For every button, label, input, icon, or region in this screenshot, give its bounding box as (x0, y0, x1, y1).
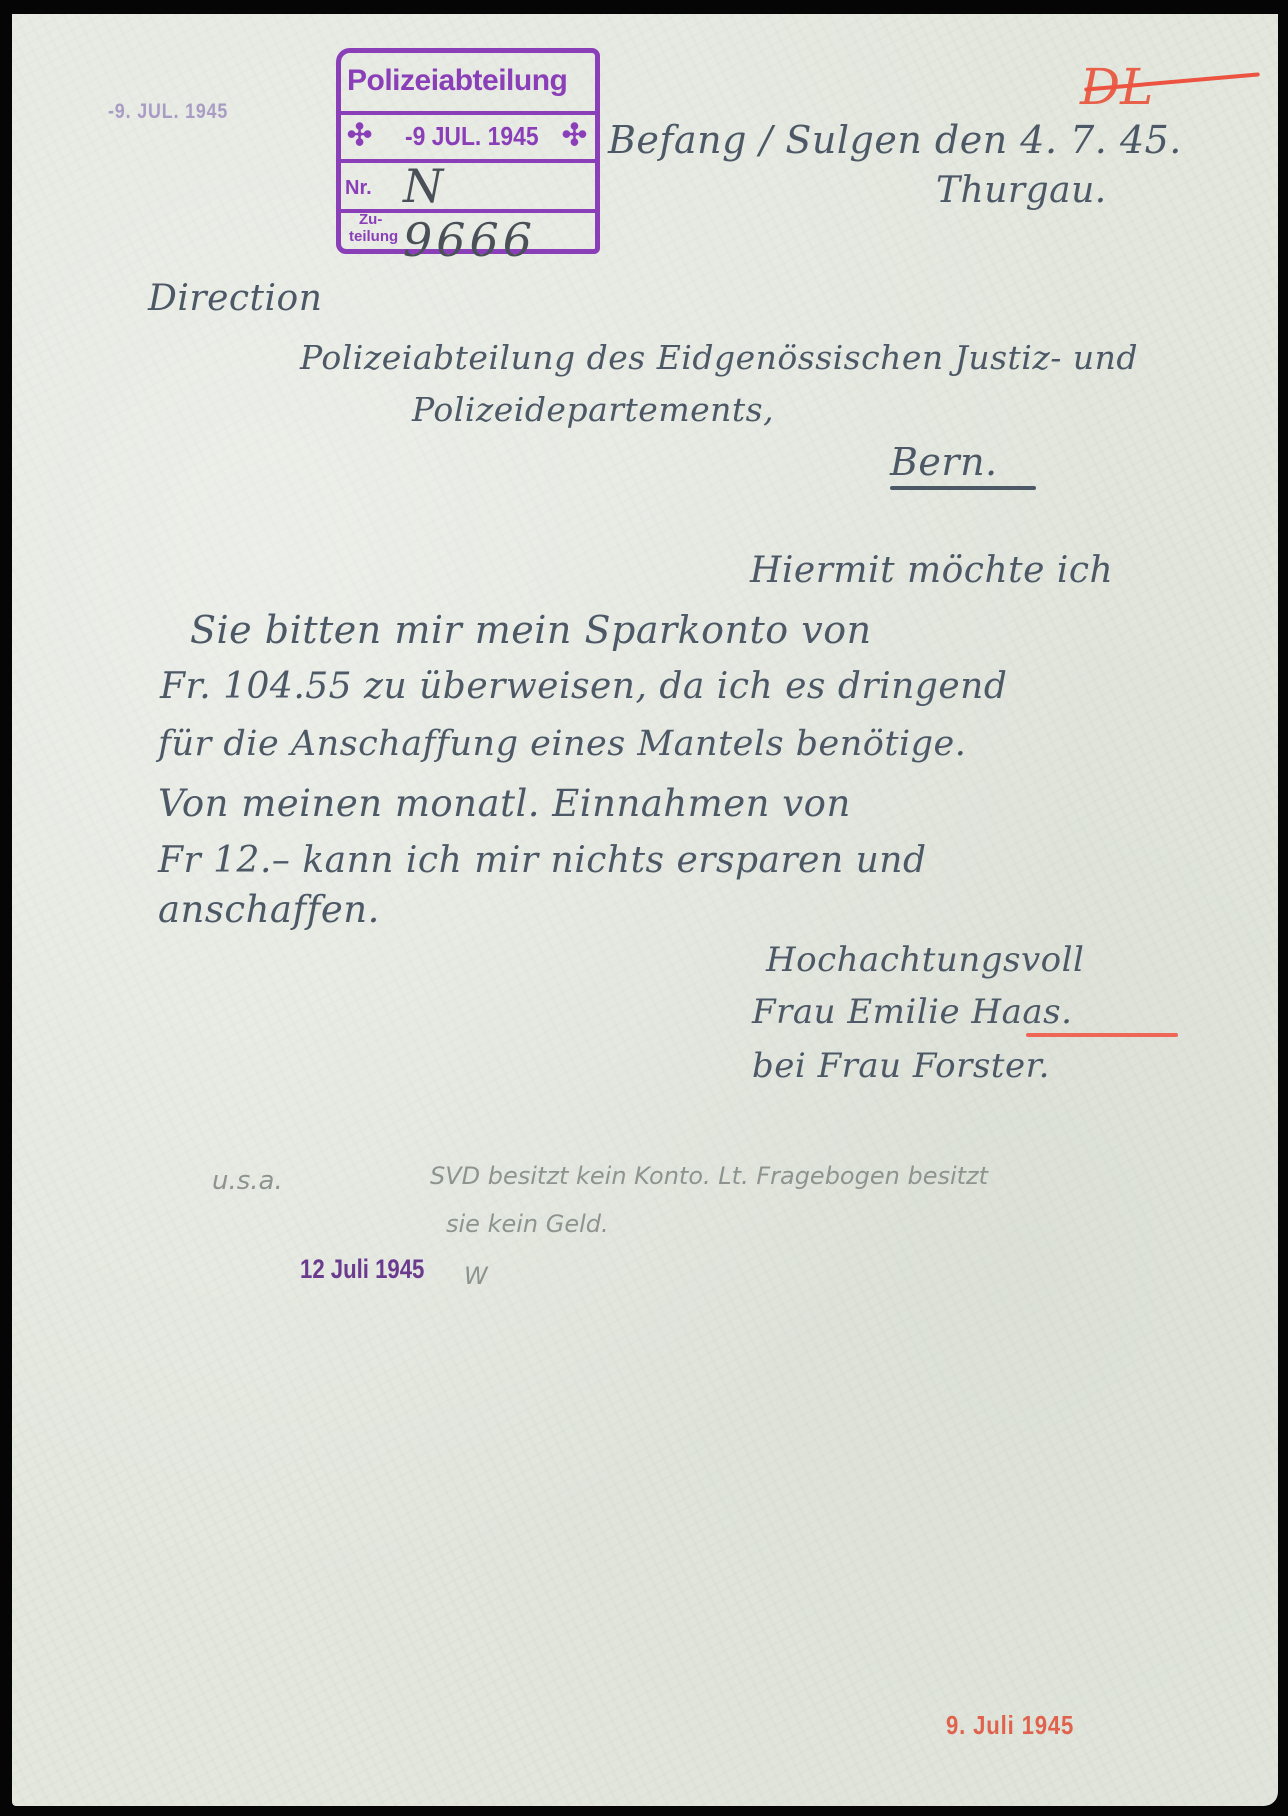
faint-date-stamp: -9. JUL. 1945 (108, 100, 228, 124)
bern-underline (890, 486, 1036, 490)
stamp-title: Polizeiabteilung (341, 53, 595, 115)
place-date-line: Befang / Sulgen den 4. 7. 45. (608, 118, 1182, 162)
place-canton: Thurgau. (936, 170, 1107, 211)
recipient-city: Bern. (890, 440, 998, 484)
stamp-date: -9 JUL. 1945 (405, 121, 539, 152)
body-line-1: Hiermit möchte ich (750, 550, 1113, 591)
body-line-6: Fr 12.– kann ich mir nichts ersparen und (158, 840, 927, 881)
police-department-stamp: Polizeiabteilung ✣ -9 JUL. 1945 ✣ Nr. N … (336, 48, 600, 254)
stamp-zuteilung-label: Zu- teilung (349, 211, 398, 245)
body-line-5: Von meinen monatl. Einnahmen von (158, 782, 851, 825)
salutation: Direction (148, 278, 322, 319)
recipient-line-1: Polizeiabteilung des Eidgenössischen Jus… (300, 338, 1138, 377)
body-line-2: Sie bitten mir mein Sparkonto von (190, 608, 872, 652)
body-line-7: anschaffen. (158, 888, 380, 931)
signature: Frau Emilie Haas. (752, 992, 1072, 1032)
red-date-stamp: 9. Juli 1945 (946, 1710, 1074, 1741)
stamp-date-row: ✣ -9 JUL. 1945 ✣ (341, 115, 595, 163)
recipient-line-2: Polizeidepartements, (412, 390, 774, 429)
stamp-nr-label: Nr. (345, 177, 372, 200)
body-line-3: Fr. 104.55 zu überweisen, da ich es drin… (160, 666, 1007, 707)
care-of-line: bei Frau Forster. (752, 1046, 1050, 1086)
pencil-note-prefix: u.s.a. (212, 1166, 283, 1196)
stamp-nr-value: N 9666 (403, 159, 595, 267)
received-date-stamp: 12 Juli 1945 (300, 1254, 424, 1285)
stamp-number-row: Nr. N 9666 (341, 163, 595, 213)
red-signature-underline (1026, 1033, 1178, 1037)
body-line-4: für die Anschaffung eines Mantels benöti… (158, 724, 966, 764)
swiss-cross-icon: ✣ (347, 121, 372, 151)
pencil-note-line-2: sie kein Geld. (446, 1210, 609, 1238)
swiss-cross-icon: ✣ (562, 121, 587, 151)
received-initial: W (464, 1262, 488, 1290)
closing: Hochachtungsvoll (766, 940, 1084, 980)
pencil-note-line-1: SVD besitzt kein Konto. Lt. Fragebogen b… (430, 1162, 988, 1190)
